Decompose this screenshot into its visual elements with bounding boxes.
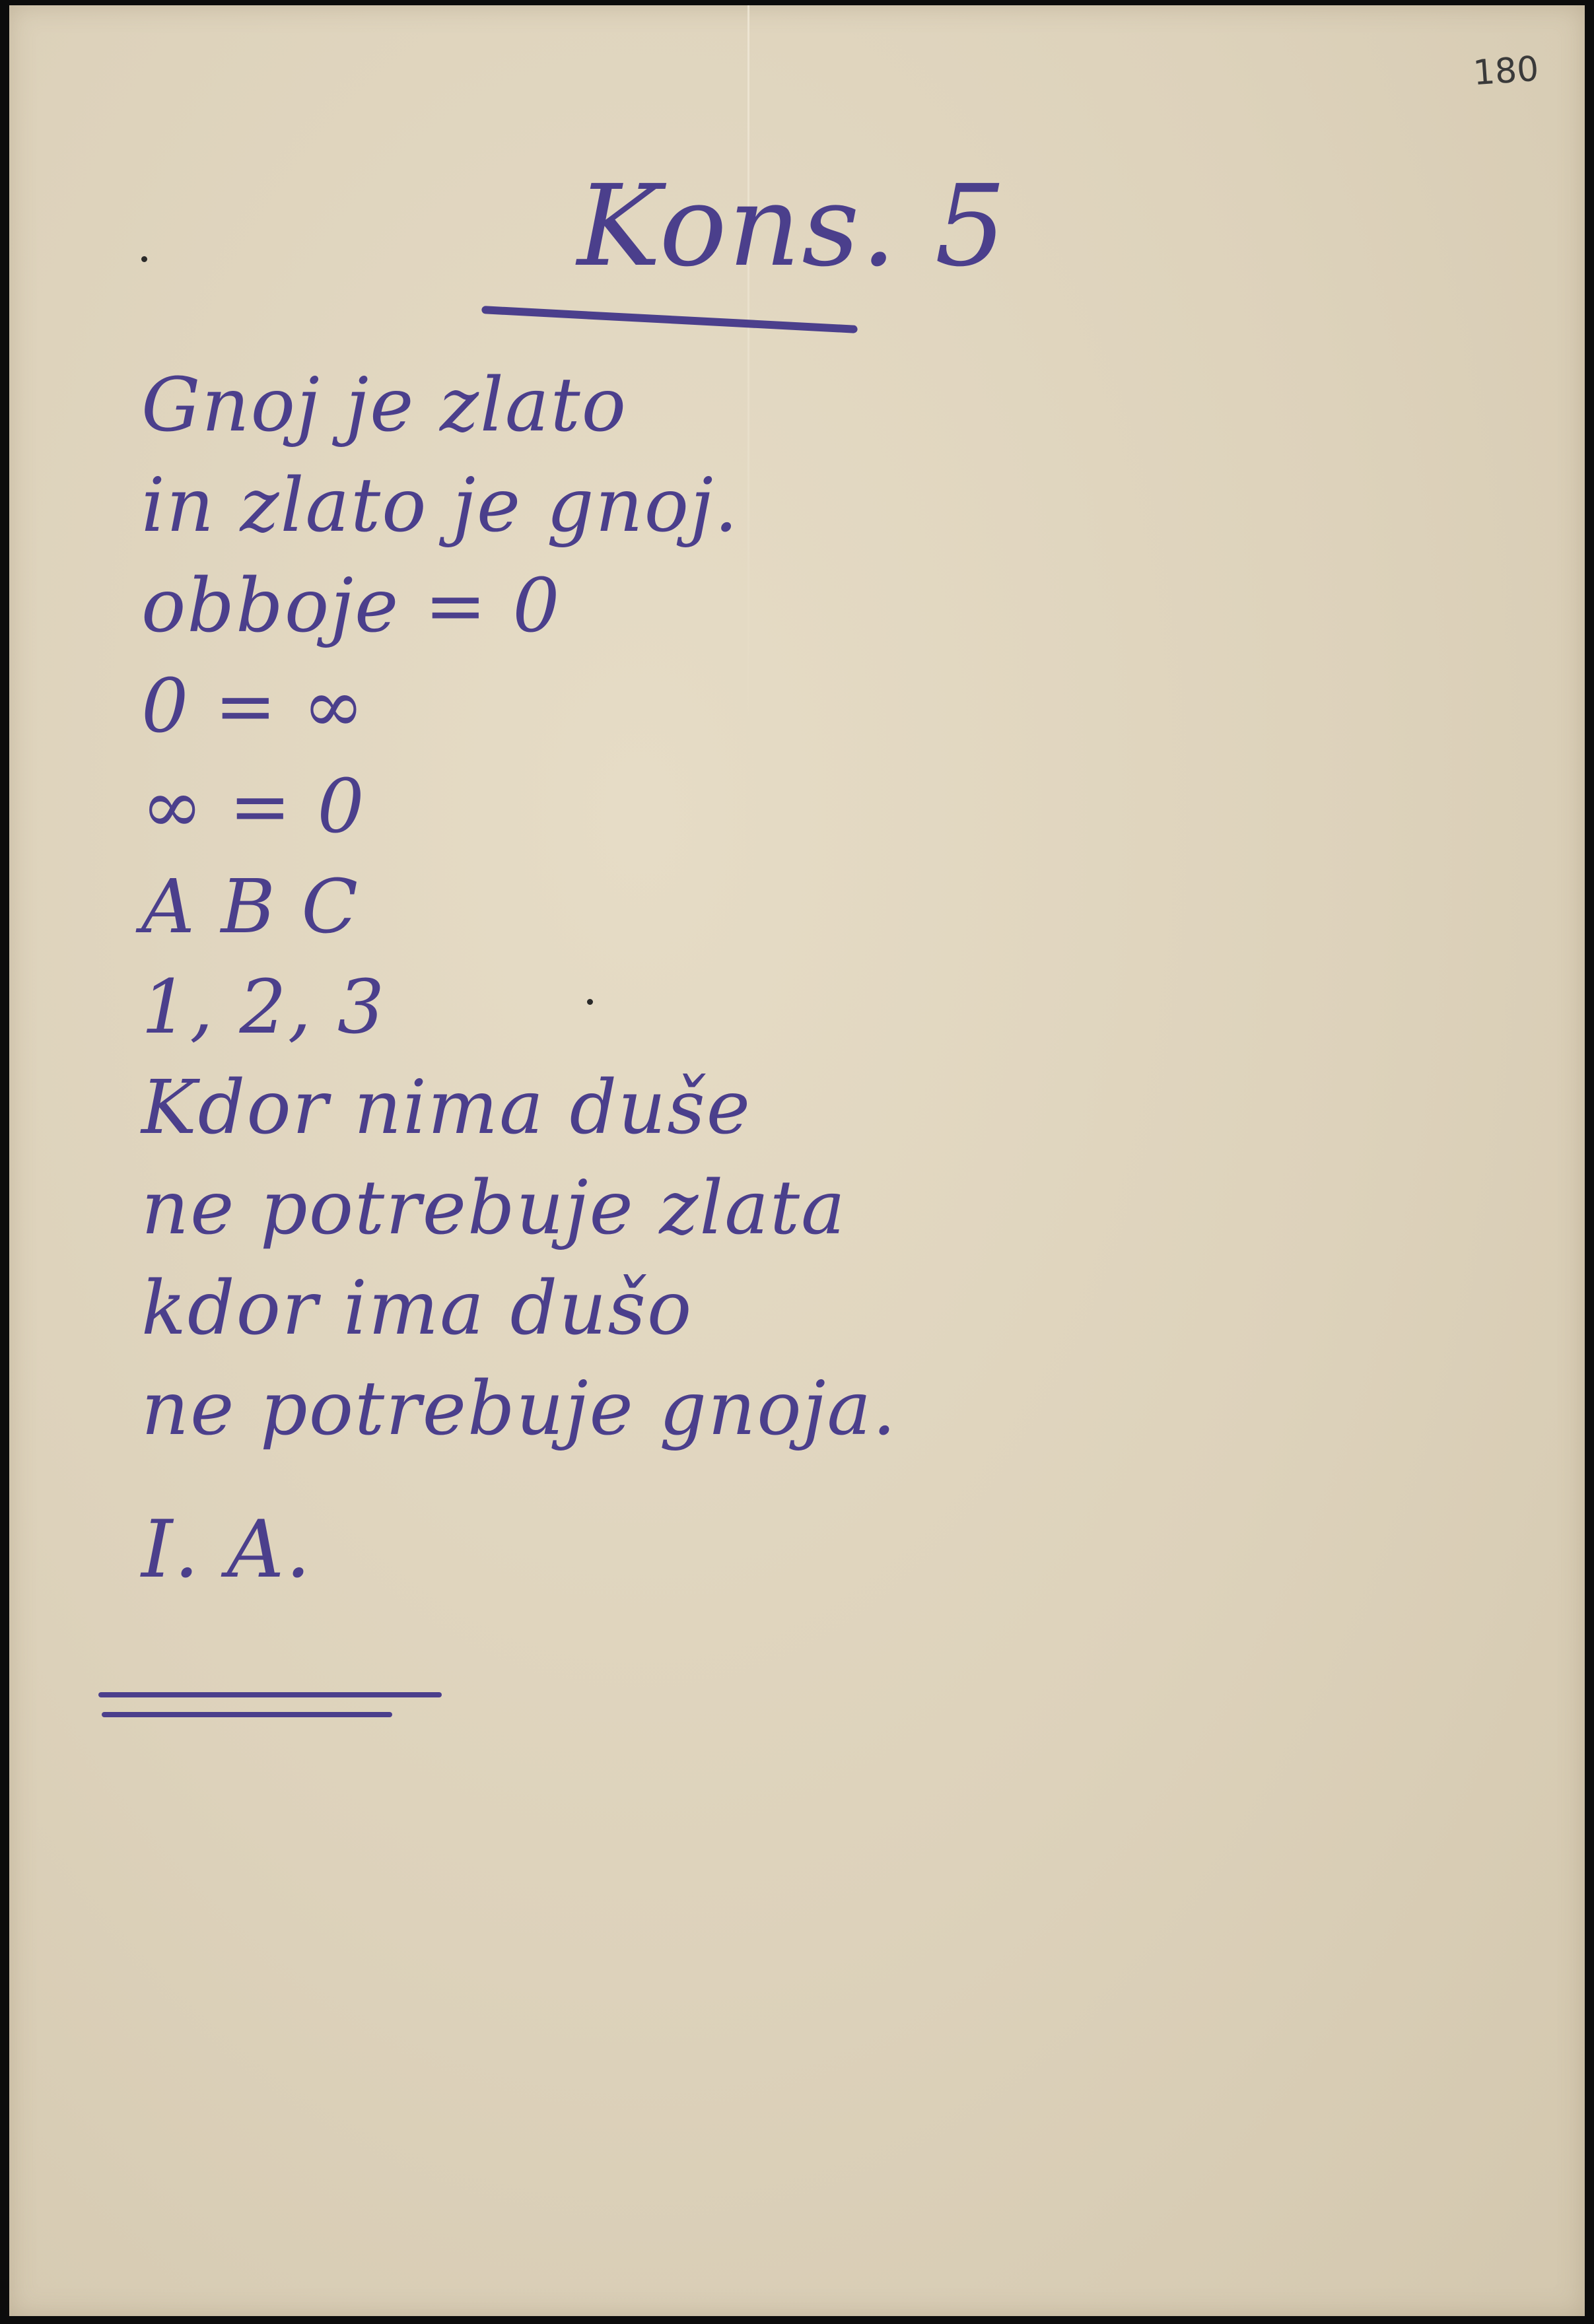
end-rule — [102, 1712, 392, 1717]
title-underline — [481, 306, 858, 333]
manuscript-page: 180 Kons. 5 Gnoj je zlato in zlato je gn… — [9, 5, 1585, 2316]
poem-line: ∞ = 0 — [141, 757, 897, 857]
page-number: 180 — [1472, 50, 1540, 94]
end-rule — [98, 1692, 442, 1697]
poem-line: A B C — [141, 857, 897, 957]
poem-line: obboje = 0 — [141, 556, 897, 656]
poem-line: in zlato je gnoj. — [141, 456, 897, 556]
poem-line: 1, 2, 3 — [141, 957, 897, 1058]
poem-line: Gnoj je zlato — [141, 355, 897, 456]
poem-line: ne potrebuje zlata — [141, 1158, 897, 1258]
poem-line: Kdor nima duše — [141, 1058, 897, 1158]
poem-line: 0 = ∞ — [141, 656, 897, 757]
poem-line: ne potrebuje gnoja. — [141, 1359, 897, 1459]
signature: I. A. — [141, 1504, 312, 1596]
page-title: Kons. 5 — [577, 170, 1008, 283]
ink-speck — [141, 256, 147, 262]
poem-body: Gnoj je zlato in zlato je gnoj. obboje =… — [141, 355, 897, 1459]
poem-line: kdor ima dušo — [141, 1258, 897, 1359]
